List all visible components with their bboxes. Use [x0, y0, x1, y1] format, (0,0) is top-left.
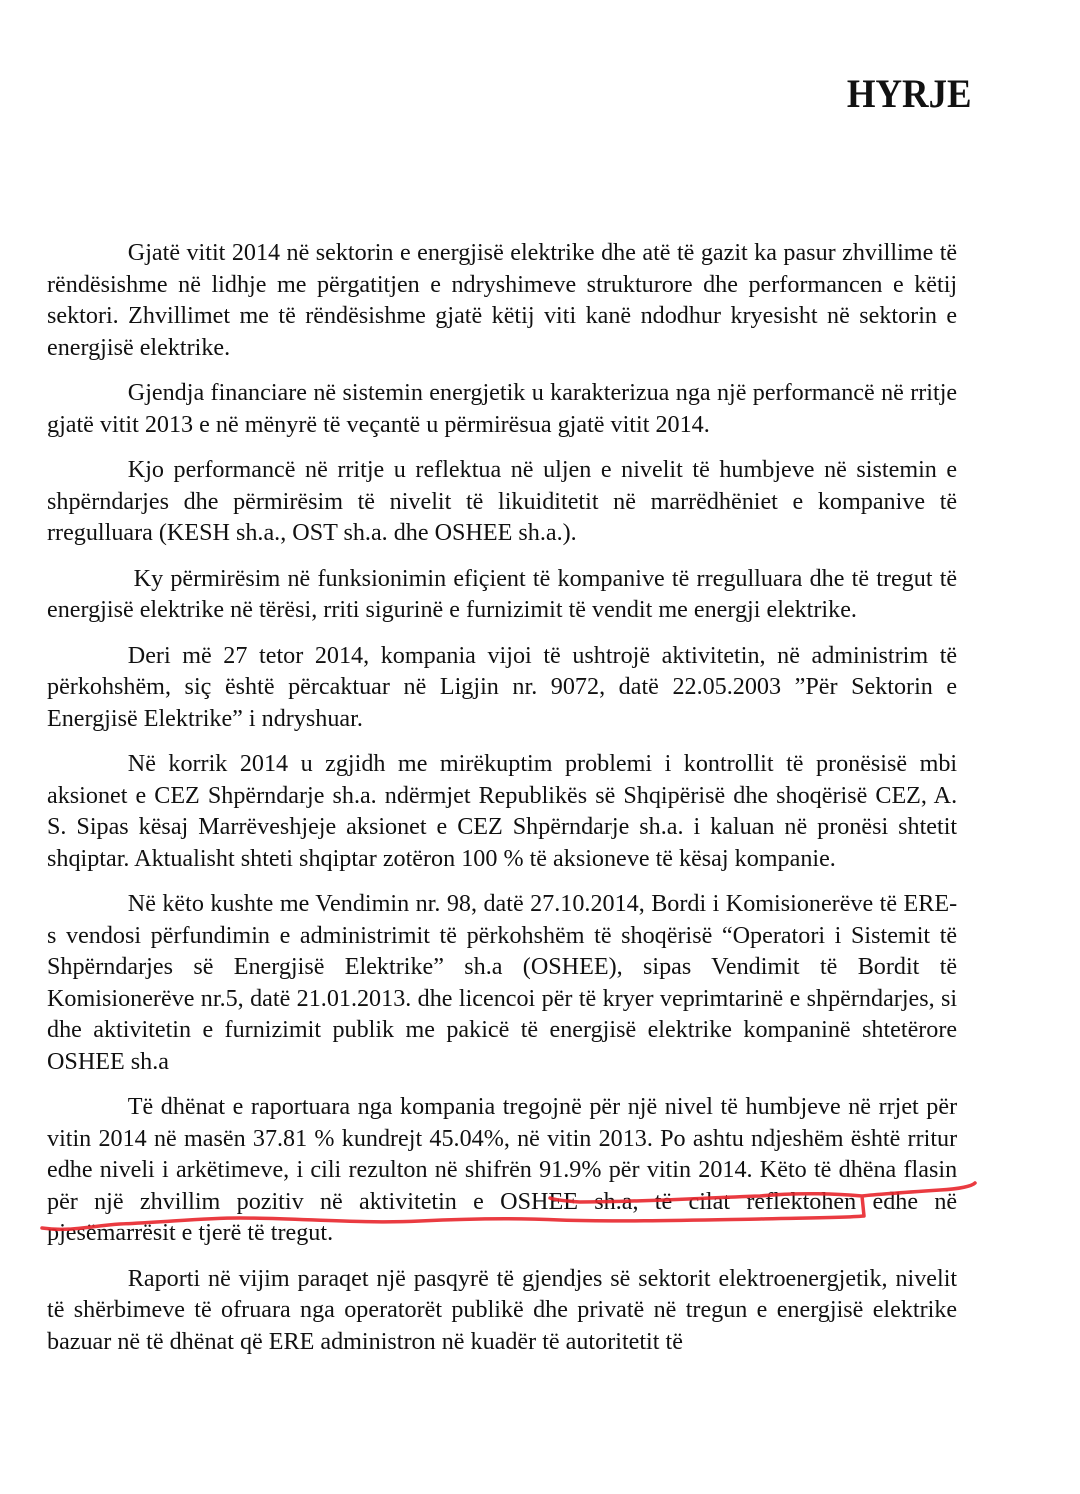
- paragraph-4: Ky përmirësim në funksionimin efiçient t…: [47, 563, 957, 626]
- paragraph-3: Kjo performancë në rritje u reflektua në…: [47, 454, 957, 549]
- page-title: HYRJE: [847, 70, 972, 117]
- paragraph-7: Në këto kushte me Vendimin nr. 98, datë …: [47, 888, 957, 1077]
- paragraph-5: Deri më 27 tetor 2014, kompania vijoi të…: [47, 640, 957, 735]
- paragraph-2: Gjendja financiare në sistemin energjeti…: [47, 377, 957, 440]
- paragraph-8-highlighted: Të dhënat e raportuara nga kompania treg…: [47, 1091, 957, 1249]
- document-body: Gjatë vitit 2014 në sektorin e energjisë…: [47, 237, 971, 1371]
- paragraph-6: Në korrik 2014 u zgjidh me mirëkuptim pr…: [47, 748, 957, 874]
- paragraph-9: Raporti në vijim paraqet një pasqyrë të …: [47, 1263, 957, 1358]
- paragraph-1: Gjatë vitit 2014 në sektorin e energjisë…: [47, 237, 957, 363]
